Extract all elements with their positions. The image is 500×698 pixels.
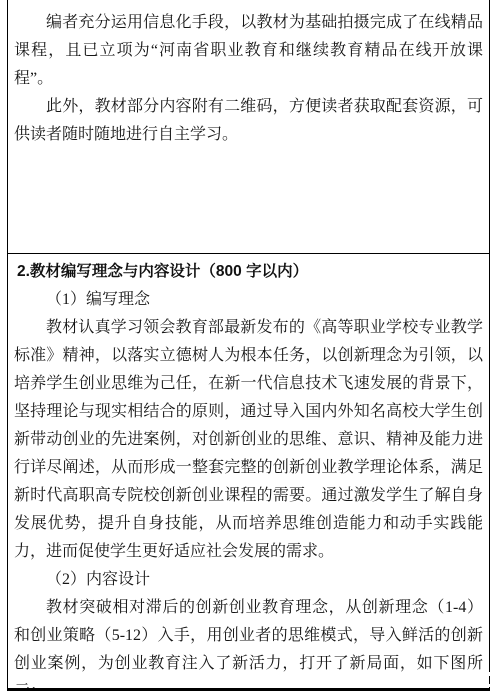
table-cell-design: 2.教材编写理念与内容设计（800 字以内） （1）编写理念 教材认真学习领会教… — [8, 253, 489, 691]
form-table: 编者充分运用信息化手段，以教材为基础拍摄完成了在线精品课程，且已立项为“河南省职… — [7, 0, 490, 691]
subsection-title-concept: （1）编写理念 — [14, 286, 483, 314]
paragraph-online-course: 编者充分运用信息化手段，以教材为基础拍摄完成了在线精品课程，且已立项为“河南省职… — [14, 9, 483, 93]
right-border-dash-artifact — [488, 672, 492, 676]
paragraph-content-design: 教材突破相对滞后的创新创业教育理念，从创新理念（1-4）和创业策略（5-12）入… — [14, 594, 483, 691]
section-heading: 2.教材编写理念与内容设计（800 字以内） — [14, 258, 483, 286]
document-page: 编者充分运用信息化手段，以教材为基础拍摄完成了在线精品课程，且已立项为“河南省职… — [0, 0, 500, 698]
table-cell-overview: 编者充分运用信息化手段，以教材为基础拍摄完成了在线精品课程，且已立项为“河南省职… — [8, 0, 489, 253]
paragraph-concept: 教材认真学习领会教育部最新发布的《高等职业学校专业教学标准》精神，以落实立德树人… — [14, 314, 483, 566]
paragraph-qr-code: 此外，教材部分内容附有二维码，方便读者获取配套资源，可供读者随时随地进行自主学习… — [14, 93, 483, 149]
subsection-title-content-design: （2）内容设计 — [14, 566, 483, 594]
right-border-dash-artifact — [488, 684, 492, 687]
